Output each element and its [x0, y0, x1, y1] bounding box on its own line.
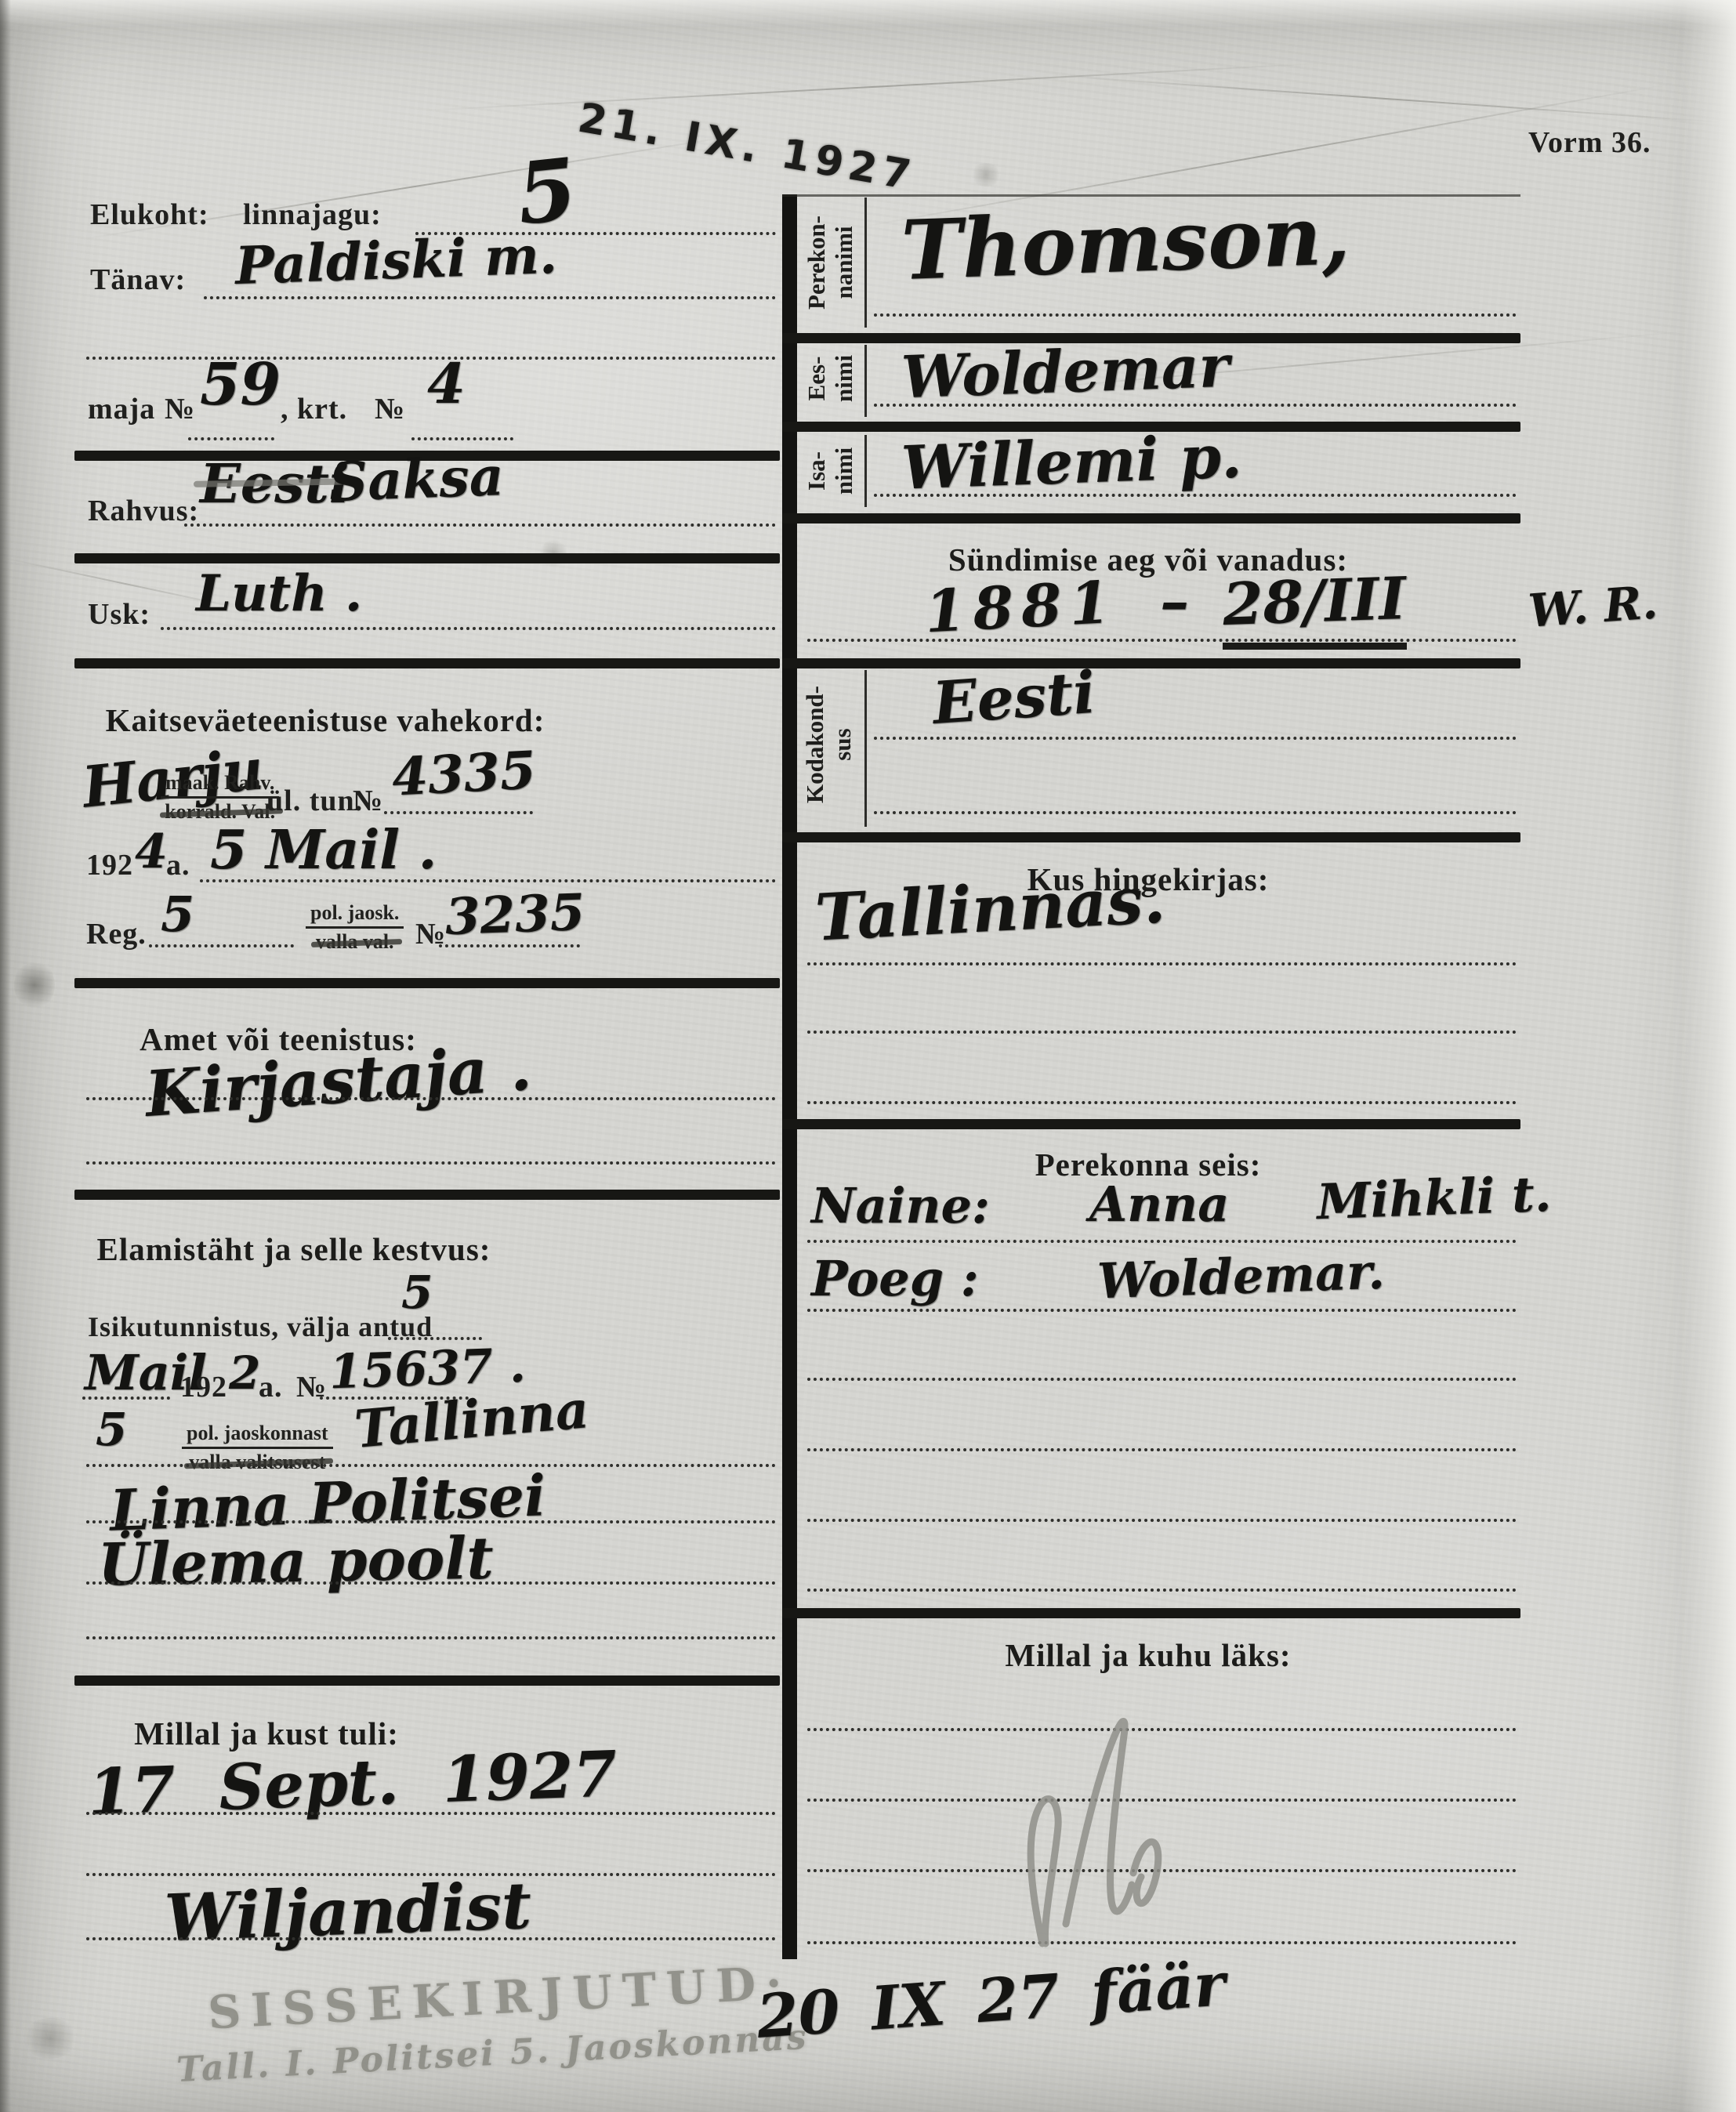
dotted-line: [807, 1378, 1517, 1381]
surname-label-line2: nanimi: [831, 226, 858, 299]
dotted-line: [86, 1520, 776, 1523]
label-box-rule: [864, 670, 867, 827]
dotted-line: [149, 944, 294, 947]
year-suffix: a.: [166, 848, 190, 882]
torn-top-edge: [0, 0, 1736, 27]
house-number-label: maja: [88, 392, 155, 426]
nationality-label: Rahvus:: [88, 494, 199, 528]
handwritten-issuing-authority-line3: Ülema poolt: [97, 1525, 494, 1599]
handwritten-apartment-number: 4: [427, 351, 466, 416]
numero-sign: №: [165, 392, 195, 426]
handwritten-nationality-struck: Eesti: [200, 453, 350, 516]
handwritten-register-number: 3235: [444, 883, 586, 947]
section-divider: [782, 1608, 1520, 1618]
religion-label: Usk:: [88, 597, 150, 632]
label-box-rule: [864, 345, 867, 417]
handwritten-certificate-number: 4335: [390, 739, 538, 808]
option-police-precinct-from: pol. jaoskonnast: [182, 1420, 333, 1449]
crease-line: [1050, 74, 1723, 123]
handwritten-wife-patronym: Mihkli t.: [1316, 1165, 1553, 1230]
birth-dash: –: [1160, 568, 1189, 636]
handwritten-registration-note: 20 IX 27 fäär: [755, 1949, 1227, 2052]
dotted-line: [807, 639, 1517, 642]
dotted-line: [874, 811, 1517, 814]
fathername-label-line2: nimi: [831, 447, 858, 494]
ink-blot: [22, 2018, 78, 2059]
identity-card-label: Isikutunnistus, välja antud: [88, 1310, 433, 1343]
section-divider: [782, 513, 1520, 523]
issuing-authority-options: pol. jaoskonnast valla valitsusest: [182, 1420, 333, 1476]
ink-blot: [14, 960, 55, 1010]
handwritten-issue-day: 5: [401, 1266, 433, 1319]
handwritten-street: Paldiski m.: [234, 224, 558, 296]
dotted-line: [807, 962, 1517, 965]
ink-underline: [1223, 643, 1407, 650]
dotted-line: [86, 1161, 776, 1165]
dotted-line: [439, 944, 580, 947]
option-county-rahv: maak. Rahv.: [161, 770, 279, 799]
ink-blot: [970, 163, 1002, 187]
pencil-signature-mark: [1019, 1665, 1176, 1963]
fathername-vertical-label: Isa- nimi: [797, 393, 864, 549]
dotted-line: [86, 1097, 776, 1100]
certificate-issuer-options: maak. Rahv. korrald. Val.: [161, 770, 279, 825]
crease-line: [423, 63, 1324, 111]
handwritten-year-digit: 4: [135, 824, 168, 879]
handwritten-service-date: 5 Mail .: [210, 819, 437, 882]
option-police-precinct: pol. jaosk.: [306, 900, 404, 929]
handwritten-religion: Luth .: [196, 564, 362, 623]
dotted-line: [204, 296, 776, 299]
handwritten-firstname: Woldemar: [901, 333, 1230, 412]
section-divider: [74, 658, 780, 668]
handwritten-birth-year: 1881: [923, 569, 1119, 647]
section-divider: [782, 658, 1520, 668]
dotted-line: [874, 737, 1517, 740]
scan-left-shadow: [0, 0, 11, 2112]
handwritten-register-value: 5: [161, 886, 194, 943]
dotted-line: [82, 1397, 170, 1400]
section-divider: [74, 553, 780, 563]
handwritten-wife-label: Naine:: [811, 1177, 990, 1234]
handwritten-citizenship: Eesti: [930, 659, 1097, 737]
handwritten-surname: Thomson,: [900, 187, 1351, 299]
register-issuer-options: pol. jaosk. valla val.: [306, 900, 404, 955]
surname-label-line1: Perekon-: [803, 216, 831, 310]
apartment-label: , krt.: [281, 392, 347, 426]
torn-right-edge: [1681, 0, 1736, 2112]
dotted-line: [86, 1581, 776, 1585]
year-suffix: a.: [259, 1370, 283, 1404]
numero-sign: №: [375, 392, 405, 426]
center-divider: [782, 194, 797, 1959]
handwritten-nationality: Saksa: [328, 445, 505, 514]
option-valla-val-struck: valla val.: [316, 929, 394, 955]
citizenship-vertical-label: Kodakond- sus: [794, 666, 864, 823]
handwritten-precinct-number: 5: [96, 1403, 127, 1456]
dotted-line: [807, 1519, 1517, 1522]
handwritten-fathername: Willemi p.: [901, 421, 1243, 502]
handwritten-son-label: Poeg :: [811, 1250, 979, 1307]
city-district-label: linnajagu:: [243, 197, 382, 232]
dotted-line: [807, 1101, 1517, 1104]
dotted-line: [188, 437, 274, 440]
dotted-line: [384, 811, 533, 814]
dotted-line: [807, 1240, 1517, 1243]
section-divider: [74, 1190, 780, 1200]
dotted-line: [200, 879, 776, 882]
section-divider: [74, 1675, 780, 1686]
dotted-line: [807, 1031, 1517, 1034]
handwritten-wife-name: Anna: [1089, 1176, 1229, 1233]
handwritten-son-name: Woldemar.: [1096, 1243, 1386, 1310]
dotted-line: [86, 1636, 776, 1639]
dotted-line: [411, 437, 513, 440]
year-printed-prefix: 192: [86, 848, 133, 882]
year-printed-prefix: 192: [180, 1370, 227, 1404]
dotted-line: [184, 523, 776, 527]
handwritten-house-number: 59: [200, 351, 281, 418]
citizenship-label-line1: Kodakond-: [802, 686, 829, 803]
register-label: Reg.: [86, 917, 147, 951]
section-divider: [782, 832, 1520, 842]
form-number: Vorm 36.: [1528, 125, 1651, 160]
dotted-line: [874, 313, 1517, 317]
handwritten-arrival-place: Wiljandist: [163, 1868, 532, 1956]
handwritten-issue-year-digit: 2: [229, 1346, 260, 1400]
dotted-line: [874, 494, 1517, 497]
dotted-line: [807, 1448, 1517, 1451]
dotted-line: [86, 1937, 776, 1940]
registration-card: Vorm 36. 21. IX. 1927 5 Elukoht: linnaja…: [0, 0, 1736, 2112]
fathername-label-line1: Isa-: [803, 451, 831, 491]
dotted-line: [86, 1812, 776, 1815]
handwritten-birth-date: 28/III: [1222, 565, 1408, 639]
label-box-rule: [864, 435, 867, 507]
citizenship-label-line2: sus: [829, 728, 857, 760]
dotted-line: [161, 627, 776, 630]
dotted-line: [807, 1309, 1517, 1312]
residence-permit-header: Elamistäht ja selle kestvus:: [67, 1230, 521, 1268]
section-divider: [74, 978, 780, 988]
certificate-label: ül. tun.: [266, 784, 363, 818]
date-stamp: 21. IX. 1927: [574, 95, 919, 201]
street-label: Tänav:: [90, 263, 186, 297]
residence-label: Elukoht:: [90, 197, 209, 232]
military-service-header: Kaitseväeteenistuse vahekord:: [74, 701, 576, 739]
numero-sign: №: [353, 784, 383, 818]
section-divider: [782, 1119, 1520, 1129]
dotted-line: [874, 404, 1517, 407]
handwritten-birth-note: W. R.: [1527, 575, 1659, 637]
dotted-line: [807, 1589, 1517, 1592]
